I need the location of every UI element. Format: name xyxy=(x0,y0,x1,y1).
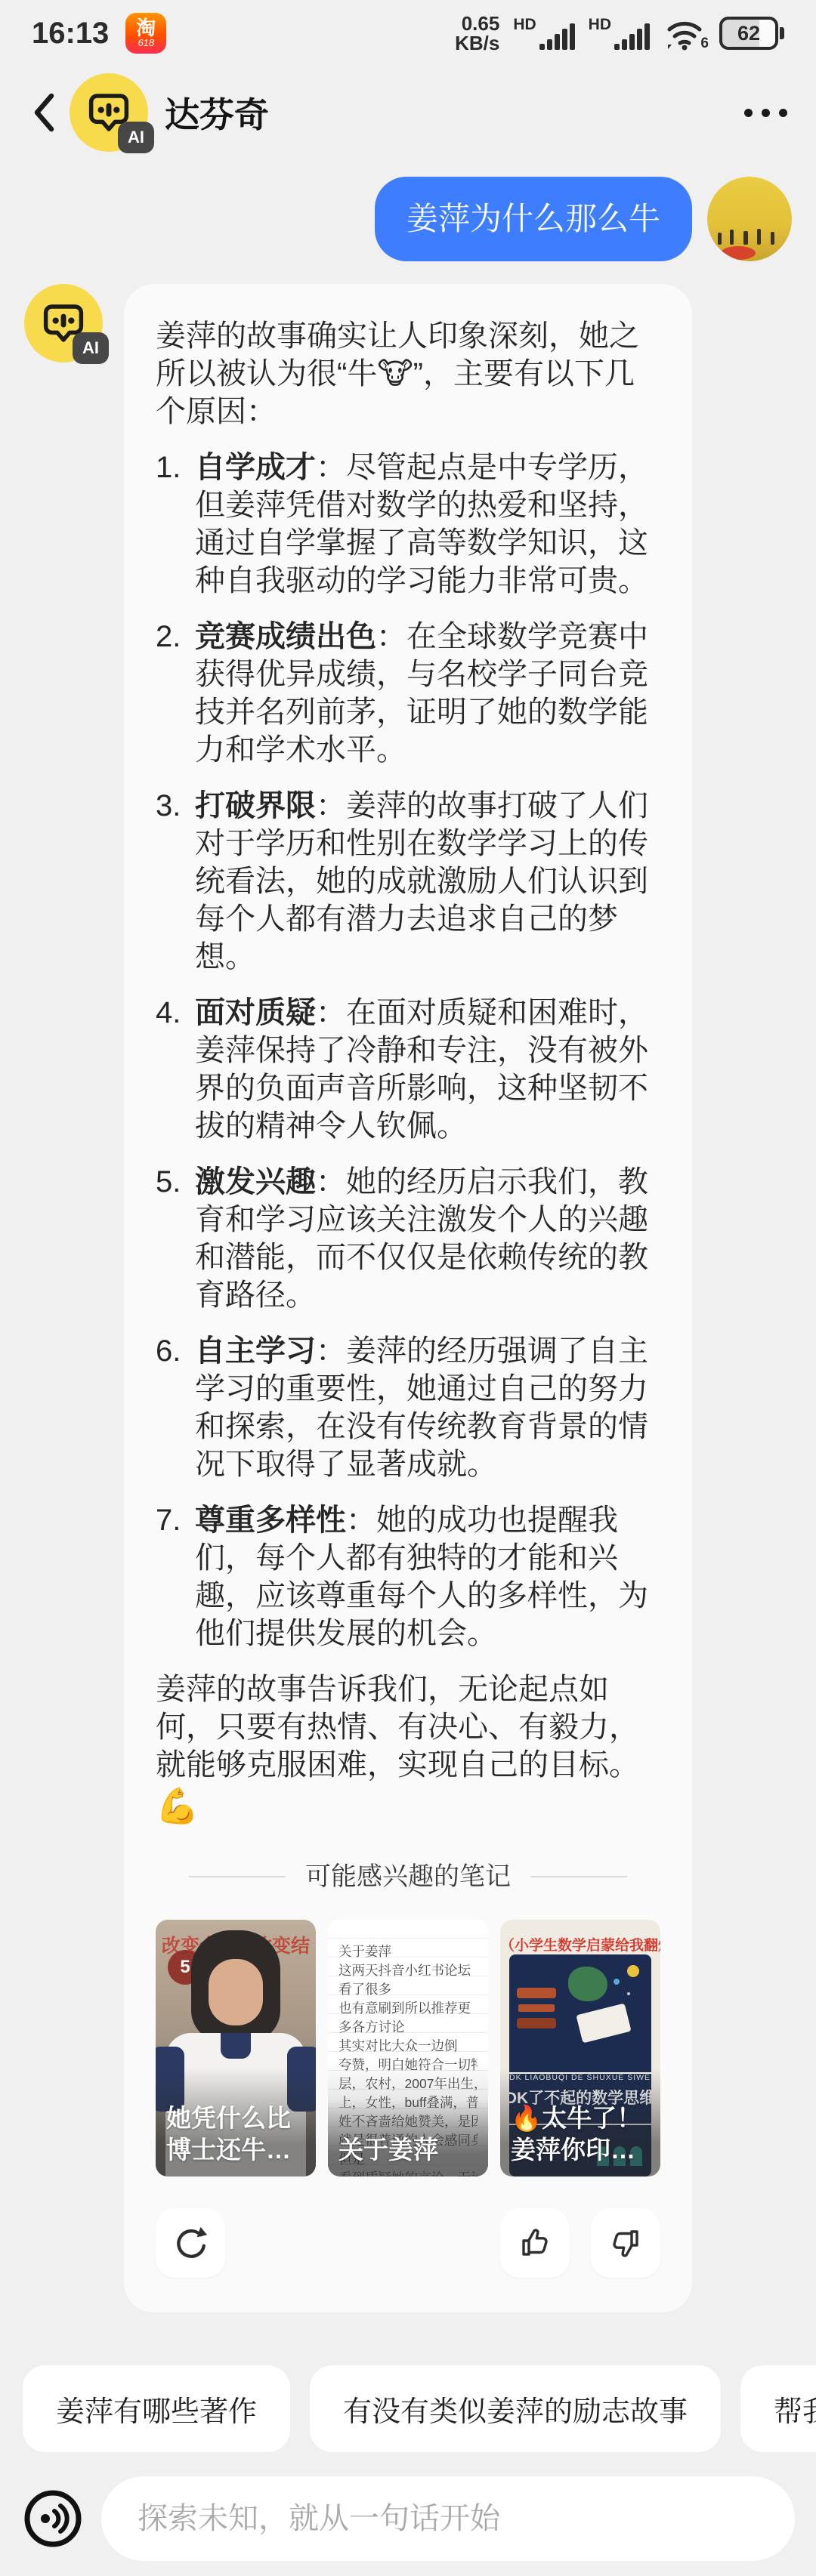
battery-icon: 62 xyxy=(719,17,784,50)
message-input[interactable] xyxy=(136,2501,760,2537)
notes-divider: 可能感兴趣的笔记 xyxy=(156,1858,660,1896)
note-card-caption: 🔥太牛了！姜萍你印… xyxy=(500,2068,660,2176)
back-icon[interactable] xyxy=(29,90,59,135)
list-item: 2. 竞赛成绩出色：在全球数学竞赛中获得优异成绩，与名校学子同台竞技并名列前茅，… xyxy=(156,618,660,769)
user-message-row: 姜萍为什么那么牛 xyxy=(0,177,816,261)
assistant-outro-text: 姜萍的故事告诉我们，无论起点如何，只要有热情、有决心、有毅力，就能够克服困难，实… xyxy=(156,1671,660,1784)
thumbs-up-button[interactable] xyxy=(500,2208,570,2278)
signal-bars-icon: HD xyxy=(589,17,650,50)
message-actions xyxy=(156,2208,660,2278)
voice-input-button[interactable] xyxy=(21,2487,85,2550)
muscle-emoji: 💪 xyxy=(156,1784,660,1828)
ai-badge: AI xyxy=(73,332,109,364)
suggestion-chip[interactable]: 帮我找一些 xyxy=(740,2365,816,2452)
user-message-bubble: 姜萍为什么那么牛 xyxy=(375,177,692,261)
list-item: 1. 自学成才：尽管起点是中专学历，但姜萍凭借对数学的热爱和坚持，通过自学掌握了… xyxy=(156,449,660,600)
assistant-message-row: AI 姜萍的故事确实让人印象深刻，她之所以被认为很“牛🐮”，主要有以下几个原因：… xyxy=(0,284,816,2312)
signal-bars-icon: HD xyxy=(513,17,574,50)
notes-divider-label: 可能感兴趣的笔记 xyxy=(305,1858,511,1896)
regenerate-button[interactable] xyxy=(156,2208,225,2278)
refresh-icon xyxy=(172,2224,209,2262)
suggestion-chip[interactable]: 有没有类似姜萍的励志故事 xyxy=(310,2365,721,2452)
page-title: 达芬奇 xyxy=(165,88,269,137)
suggestion-chip[interactable]: 姜萍有哪些著作 xyxy=(23,2365,290,2452)
thumbs-down-icon xyxy=(607,2225,644,2261)
message-input-pill xyxy=(101,2476,795,2561)
note-card-text-note[interactable]: 关于姜萍 这两天抖音小红书论坛 看了很多 也有意刷到所以推荐更 多各方讨论 其实… xyxy=(328,1920,488,2176)
related-notes-cards: 改变命运 改变结 5 她凭什么比博士还牛… 关于姜萍 这两天抖音小红书论坛 看了… xyxy=(156,1920,660,2176)
wifi-icon: 6 xyxy=(663,16,706,51)
list-item: 4. 面对质疑：在面对质疑和困难时，姜萍保持了冷静和专注，没有被外界的负面声音所… xyxy=(156,994,660,1145)
clock: 16:13 xyxy=(32,17,109,51)
ai-badge: AI xyxy=(118,122,154,153)
assistant-message-bubble: 姜萍的故事确实让人印象深刻，她之所以被认为很“牛🐮”，主要有以下几个原因： 1.… xyxy=(124,284,692,2312)
thumbs-down-button[interactable] xyxy=(591,2208,660,2278)
network-speed: 0.65 KB/s xyxy=(455,14,499,53)
status-bar: 16:13 淘 618 0.65 KB/s HD HD 6 xyxy=(0,0,816,66)
user-avatar[interactable] xyxy=(707,177,792,261)
bottom-bar: 姜萍有哪些著作 有没有类似姜萍的励志故事 帮我找一些 xyxy=(0,2365,816,2576)
voice-icon xyxy=(21,2487,85,2550)
composer xyxy=(0,2476,816,2561)
note-card-girl-video[interactable]: 改变命运 改变结 5 她凭什么比博士还牛… xyxy=(156,1920,316,2176)
chat-header: AI 达芬奇 xyxy=(0,66,816,159)
list-item: 7. 尊重多样性：她的成功也提醒我们，每个人都有独特的才能和兴趣，应该尊重每个人… xyxy=(156,1501,660,1652)
note-card-caption: 她凭什么比博士还牛… xyxy=(156,2068,316,2176)
note-card-math-book[interactable]: （小学生数学启蒙给我翻烂） DK LIAOBUQI DE SHUXUE SIWE… xyxy=(500,1920,660,2176)
more-menu-icon[interactable] xyxy=(744,101,787,125)
suggestion-chips: 姜萍有哪些著作 有没有类似姜萍的励志故事 帮我找一些 xyxy=(0,2365,816,2452)
list-item: 5. 激发兴趣：她的经历启示我们，教育和学习应该关注激发个人的兴趣和潜能，而不仅… xyxy=(156,1163,660,1314)
list-item: 3. 打破界限：姜萍的故事打破了人们对于学历和性别在数学学习上的传统看法，她的成… xyxy=(156,787,660,976)
list-item: 6. 自主学习：姜萍的经历强调了自主学习的重要性，她通过自己的努力和探索，在没有… xyxy=(156,1332,660,1483)
assistant-avatar: AI xyxy=(24,284,103,362)
assistant-intro-text: 姜萍的故事确实让人印象深刻，她之所以被认为很“牛🐮”，主要有以下几个原因： xyxy=(156,317,660,430)
assistant-avatar[interactable]: AI xyxy=(70,73,148,152)
taobao-notification-icon: 淘 618 xyxy=(125,13,166,54)
thumbs-up-icon xyxy=(517,2225,553,2261)
note-card-caption: 关于姜萍 xyxy=(328,2099,488,2176)
